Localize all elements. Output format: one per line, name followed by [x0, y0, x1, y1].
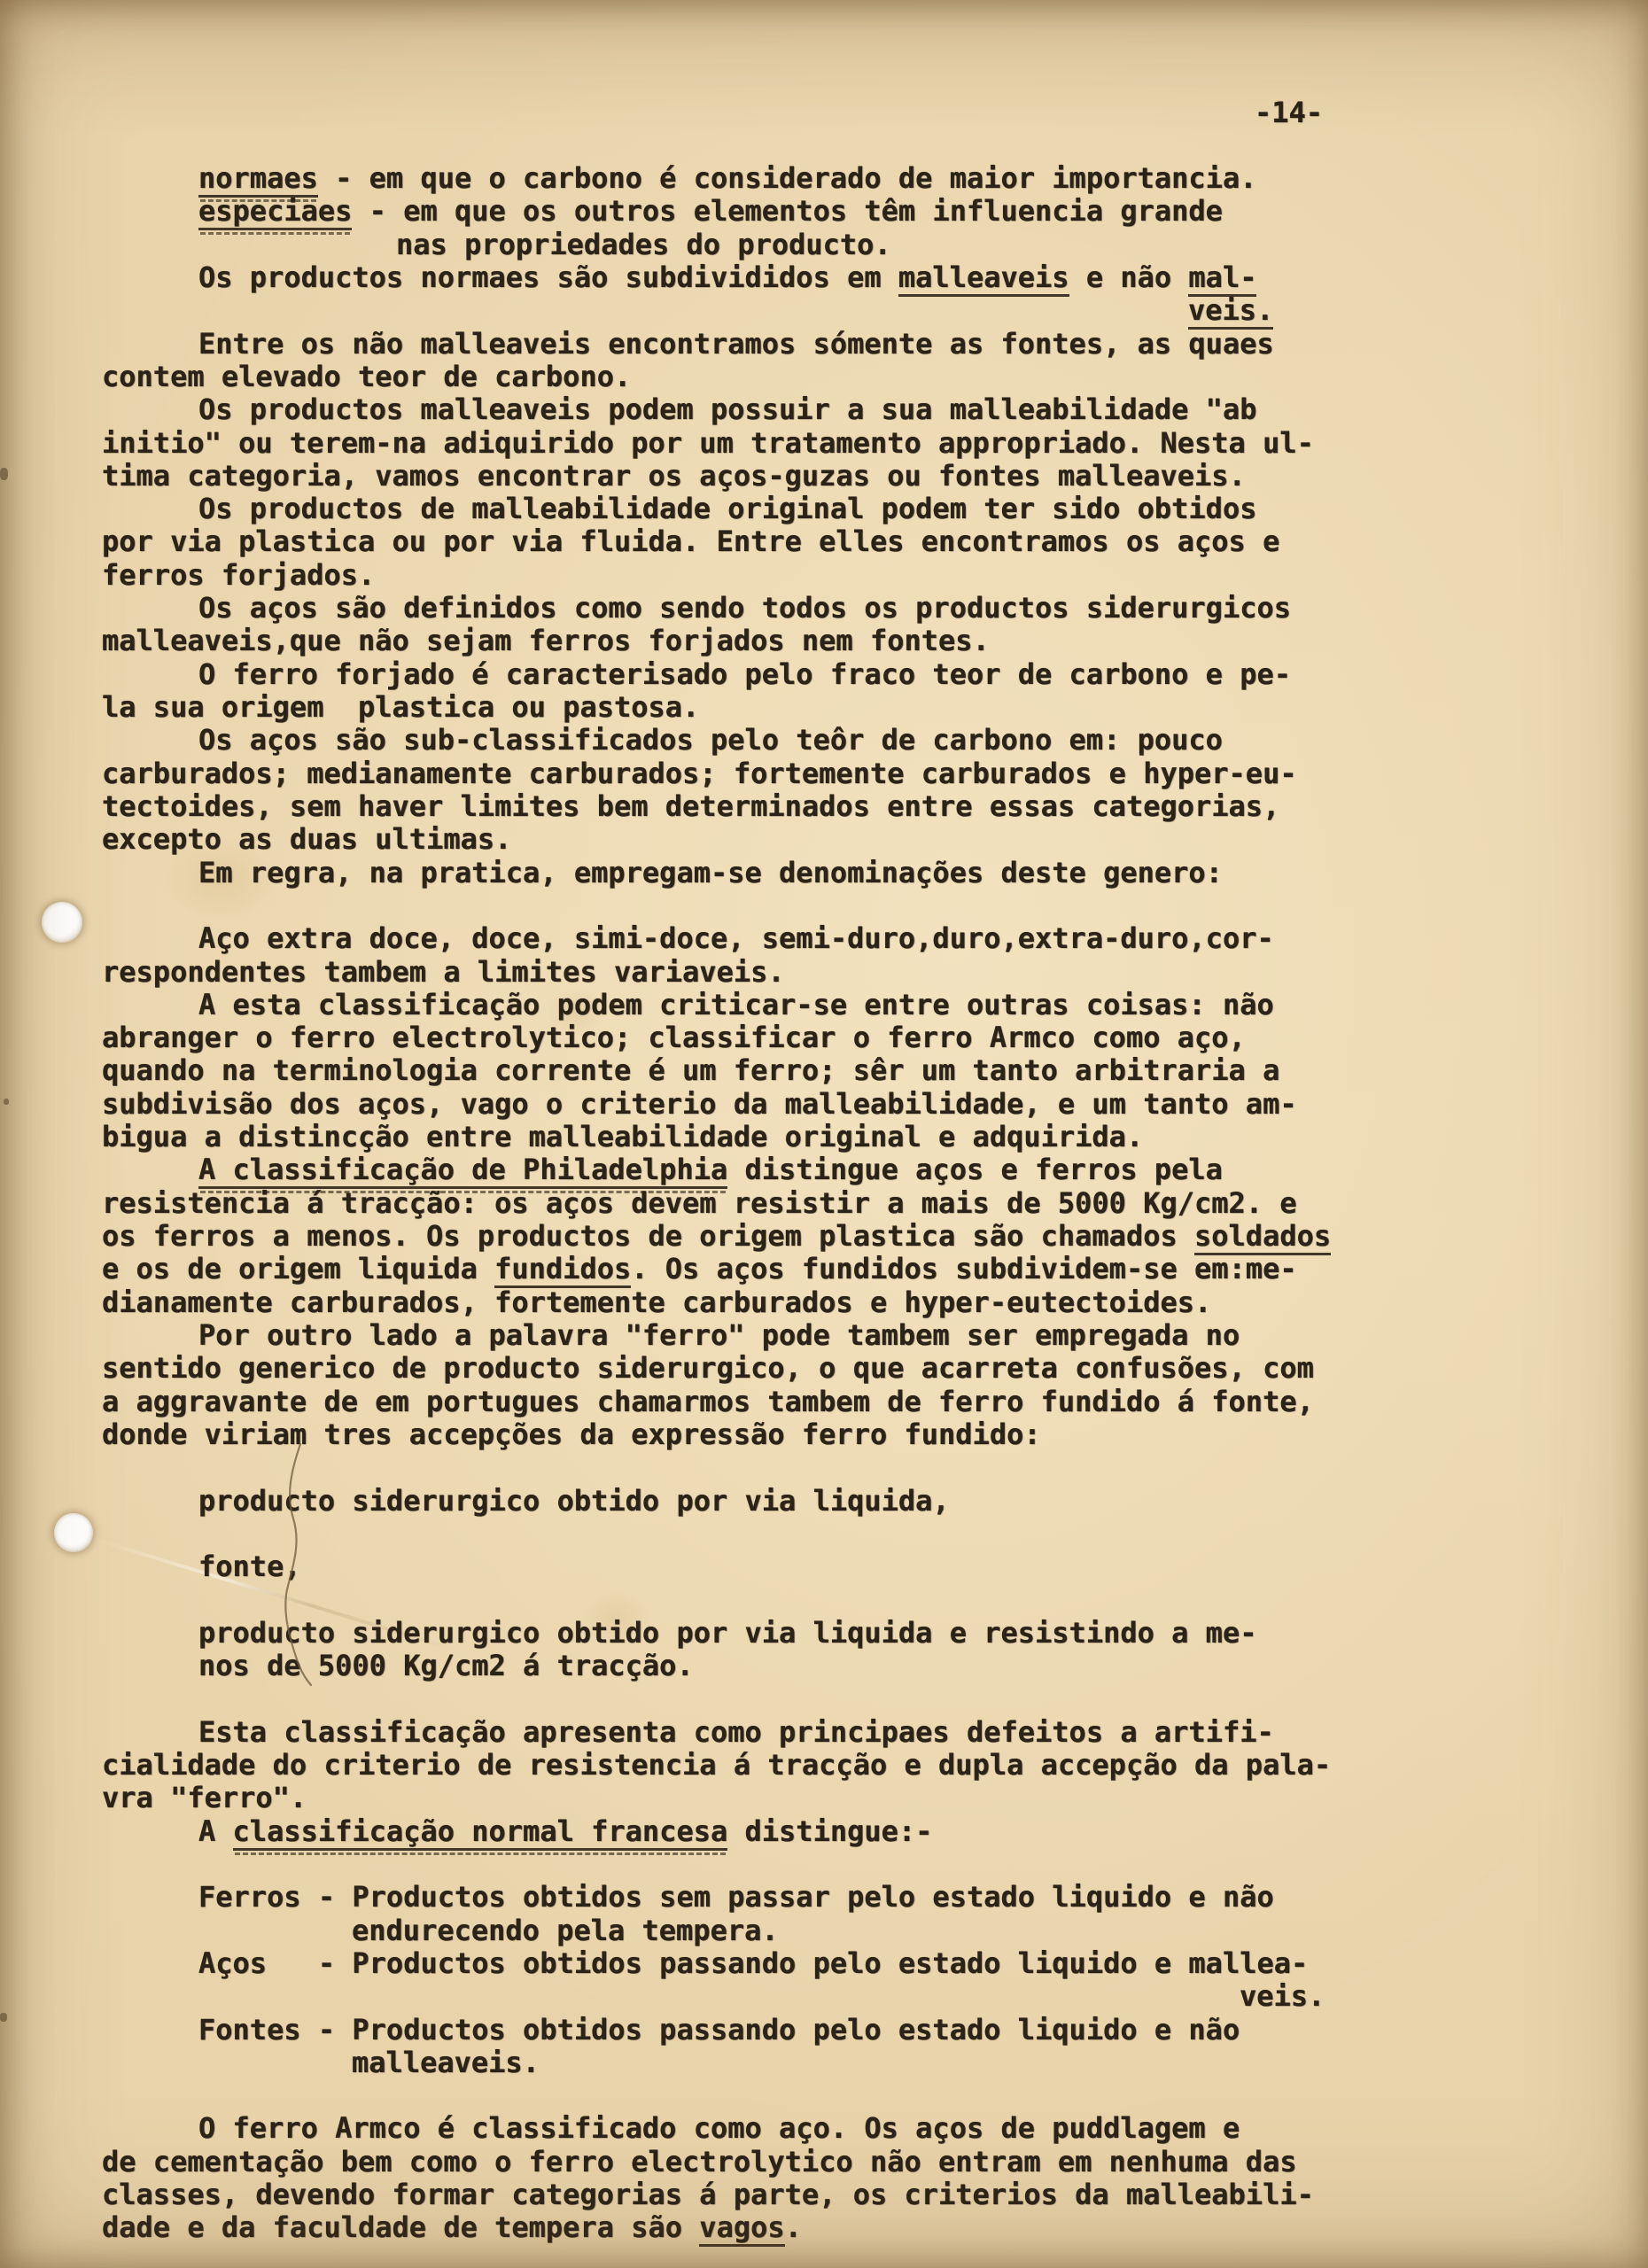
text-segment: Aços - Productos obtidos passando pelo e…: [198, 1946, 1308, 1980]
text-segment: endurecendo pela tempera.: [352, 1914, 779, 1947]
text-segment: Por outro lado a palavra "ferro" pode ta…: [198, 1318, 1240, 1352]
text-line: subdivisão dos aços, vago o criterio da …: [0, 1088, 1648, 1121]
underlined-text: normaes: [198, 161, 318, 198]
text-segment: producto siderurgico obtido por via liqu…: [198, 1484, 950, 1518]
text-line: donde viriam tres accepções da expressão…: [0, 1418, 1648, 1451]
text-segment: bigua a distincção entre malleabilidade …: [102, 1120, 1143, 1153]
text-line: la sua origem plastica ou pastosa.: [0, 691, 1648, 724]
text-line: vra "ferro".: [0, 1782, 1648, 1814]
text-segment: donde viriam tres accepções da expressão…: [102, 1417, 1041, 1451]
text-segment: Esta classificação apresenta como princi…: [198, 1715, 1274, 1749]
text-line: malleaveis.: [0, 2047, 1648, 2079]
text-segment: vra "ferro".: [102, 1781, 307, 1814]
text-line: excepto as duas ultimas.: [0, 823, 1648, 856]
text-line: Os productos malleaveis podem possuir a …: [0, 393, 1648, 426]
text-line: sentido generico de producto siderurgico…: [0, 1352, 1648, 1385]
underlined-text: mal-: [1188, 260, 1256, 297]
text-segment: malleaveis,que não sejam ferros forjados…: [102, 624, 990, 657]
text-segment: - em que o carbono é considerado de maio…: [318, 161, 1257, 195]
text-line: [0, 1451, 1648, 1484]
text-line: a aggravante de em portugues chamarmos t…: [0, 1386, 1648, 1418]
text-segment: dianamente carburados, fortemente carbur…: [102, 1285, 1211, 1319]
text-segment: cialidade do criterio de resistencia á t…: [102, 1748, 1331, 1782]
text-segment: Os productos normaes são subdivididos em: [198, 260, 898, 294]
text-line: Ferros - Productos obtidos sem passar pe…: [0, 1881, 1648, 1914]
text-line: os ferros a menos. Os productos de orige…: [0, 1220, 1648, 1253]
text-segment: tima categoria, vamos encontrar os aços-…: [102, 459, 1246, 493]
page-number: -14-: [1255, 96, 1323, 129]
text-line: A classificação de Philadelphia distingu…: [0, 1153, 1648, 1186]
text-segment: Os productos malleaveis podem possuir a …: [198, 392, 1256, 426]
text-segment: Aço extra doce, doce, simi-doce, semi-du…: [198, 921, 1274, 955]
text-line: Entre os não malleaveis encontramos sóme…: [0, 328, 1648, 361]
text-segment: excepto as duas ultimas.: [102, 822, 511, 856]
punch-hole: [54, 1513, 93, 1552]
text-line: quando na terminologia corrente é um fer…: [0, 1054, 1648, 1087]
text-line: [0, 1682, 1648, 1715]
text-line: A esta classificação podem criticar-se e…: [0, 989, 1648, 1021]
text-line: e os de origem liquida fundidos. Os aços…: [0, 1253, 1648, 1285]
text-line: respondentes tambem a limites variaveis.: [0, 956, 1648, 989]
text-segment: nos de 5000 Kg/cm2 á tracção.: [198, 1649, 694, 1682]
text-segment: Fontes - Productos obtidos passando pelo…: [198, 2013, 1240, 2047]
text-segment: e não: [1069, 260, 1189, 294]
text-line: O ferro Armco é classificado como aço. O…: [0, 2112, 1648, 2145]
text-line: veis.: [0, 1980, 1648, 2013]
underlined-text: vagos: [699, 2210, 784, 2247]
text-line: classes, devendo formar categorias á par…: [0, 2179, 1648, 2211]
text-segment: nas propriedades do producto.: [396, 228, 891, 261]
text-segment: - em que os outros elementos têm influen…: [352, 194, 1223, 228]
text-segment: O ferro Armco é classificado como aço. O…: [198, 2111, 1240, 2145]
text-segment: distingue:-: [727, 1814, 932, 1848]
text-segment: .: [785, 2210, 802, 2244]
text-line: ferros forjados.: [0, 559, 1648, 592]
text-segment: Ferros - Productos obtidos sem passar pe…: [198, 1880, 1274, 1914]
underlined-text: fundidos: [494, 1252, 631, 1288]
underlined-text: A classificação de Philadelphia: [198, 1153, 727, 1189]
underlined-text: soldados: [1194, 1219, 1331, 1255]
text-line: tima categoria, vamos encontrar os aços-…: [0, 460, 1648, 493]
text-segment: quando na terminologia corrente é um fer…: [102, 1053, 1279, 1087]
text-segment: respondentes tambem a limites variaveis.: [102, 955, 785, 989]
text-line: A classificação normal francesa distingu…: [0, 1815, 1648, 1848]
text-segment: abranger o ferro electrolytico; classifi…: [102, 1021, 1246, 1054]
text-segment: initio" ou terem-na adiquirido por um tr…: [102, 426, 1314, 460]
text-segment: Entre os não malleaveis encontramos sóme…: [198, 327, 1274, 361]
text-line: por via plastica ou por via fluida. Entr…: [0, 525, 1648, 558]
text-line: de cementação bem como o ferro electroly…: [0, 2146, 1648, 2179]
text-line: producto siderurgico obtido por via liqu…: [0, 1485, 1648, 1518]
text-segment: contem elevado teor de carbono.: [102, 360, 631, 393]
text-line: bigua a distincção entre malleabilidade …: [0, 1121, 1648, 1153]
text-line: O ferro forjado é caracterisado pelo fra…: [0, 658, 1648, 691]
text-line: dade e da faculdade de tempera são vagos…: [0, 2211, 1648, 2244]
text-line: endurecendo pela tempera.: [0, 1915, 1648, 1947]
text-segment: e os de origem liquida: [102, 1252, 494, 1285]
text-segment: . Os aços fundidos subdividem-se em:me-: [631, 1252, 1296, 1285]
text-line: especiaes - em que os outros elementos t…: [0, 195, 1648, 228]
underlined-text: malleaveis: [898, 260, 1069, 297]
text-segment: subdivisão dos aços, vago o criterio da …: [102, 1087, 1297, 1121]
document-page: -14- normaes - em que o carbono é consid…: [0, 0, 1648, 2268]
text-line: normaes - em que o carbono é considerado…: [0, 162, 1648, 195]
text-line: veis.: [0, 294, 1648, 327]
underlined-text: especiaes: [198, 194, 352, 230]
text-segment: dade e da faculdade de tempera são: [102, 2210, 699, 2244]
text-segment: Os aços são sub-classificados pelo teôr …: [198, 723, 1223, 757]
text-segment: Em regra, na pratica, empregam-se denomi…: [198, 856, 1223, 889]
text-segment: Os productos de malleabilidade original …: [198, 492, 1256, 525]
text-segment: A esta classificação podem criticar-se e…: [198, 988, 1274, 1021]
text-segment: tectoides, sem haver limites bem determi…: [102, 789, 1279, 823]
text-line: Os aços são definidos como sendo todos o…: [0, 592, 1648, 625]
text-line: carburados; medianamente carburados; for…: [0, 757, 1648, 790]
text-line: fonte,: [0, 1550, 1648, 1583]
text-line: Fontes - Productos obtidos passando pelo…: [0, 2014, 1648, 2047]
text-line: Os productos normaes são subdivididos em…: [0, 261, 1648, 294]
text-line: Aços - Productos obtidos passando pelo e…: [0, 1947, 1648, 1980]
text-segment: veis.: [1240, 1979, 1325, 2013]
underlined-text: classificação normal francesa: [233, 1814, 728, 1851]
text-segment: os ferros a menos. Os productos de orige…: [102, 1219, 1194, 1253]
edge-speck: [4, 1099, 9, 1105]
text-body: normaes - em que o carbono é considerado…: [0, 162, 1648, 2245]
text-line: Os aços são sub-classificados pelo teôr …: [0, 724, 1648, 757]
text-line: nos de 5000 Kg/cm2 á tracção.: [0, 1650, 1648, 1682]
text-segment: fonte,: [198, 1550, 301, 1583]
underlined-text: veis.: [1188, 293, 1273, 330]
text-segment: por via plastica ou por via fluida. Entr…: [102, 524, 1279, 558]
text-segment: classes, devendo formar categorias á par…: [102, 2178, 1314, 2211]
text-line: Esta classificação apresenta como princi…: [0, 1716, 1648, 1749]
text-line: initio" ou terem-na adiquirido por um tr…: [0, 427, 1648, 460]
text-segment: malleaveis.: [352, 2046, 540, 2079]
text-segment: sentido generico de producto siderurgico…: [102, 1351, 1314, 1385]
text-line: [0, 889, 1648, 922]
text-segment: de cementação bem como o ferro electroly…: [102, 2145, 1297, 2179]
text-line: malleaveis,que não sejam ferros forjados…: [0, 625, 1648, 657]
text-line: producto siderurgico obtido por via liqu…: [0, 1617, 1648, 1650]
text-line: Aço extra doce, doce, simi-doce, semi-du…: [0, 922, 1648, 955]
text-line: Em regra, na pratica, empregam-se denomi…: [0, 857, 1648, 889]
text-line: cialidade do criterio de resistencia á t…: [0, 1749, 1648, 1782]
text-line: [0, 1518, 1648, 1550]
text-segment: a aggravante de em portugues chamarmos t…: [102, 1385, 1314, 1418]
text-segment: producto siderurgico obtido por via liqu…: [198, 1616, 1256, 1650]
text-segment: Os aços são definidos como sendo todos o…: [198, 591, 1291, 625]
text-segment: distingue aços e ferros pela: [727, 1153, 1223, 1186]
edge-speck: [0, 468, 8, 480]
text-line: contem elevado teor de carbono.: [0, 361, 1648, 393]
text-segment: la sua origem plastica ou pastosa.: [102, 690, 699, 724]
text-line: Por outro lado a palavra "ferro" pode ta…: [0, 1319, 1648, 1352]
edge-speck: [0, 2013, 7, 2022]
text-line: dianamente carburados, fortemente carbur…: [0, 1286, 1648, 1319]
text-segment: O ferro forjado é caracterisado pelo fra…: [198, 657, 1291, 691]
text-segment: A: [198, 1814, 233, 1848]
punch-hole: [42, 902, 82, 943]
text-line: abranger o ferro electrolytico; classifi…: [0, 1021, 1648, 1054]
text-line: [0, 2079, 1648, 2112]
text-line: tectoides, sem haver limites bem determi…: [0, 790, 1648, 823]
text-line: Os productos de malleabilidade original …: [0, 493, 1648, 525]
text-segment: carburados; medianamente carburados; for…: [102, 757, 1297, 790]
text-segment: ferros forjados.: [102, 558, 375, 592]
text-line: [0, 1583, 1648, 1616]
